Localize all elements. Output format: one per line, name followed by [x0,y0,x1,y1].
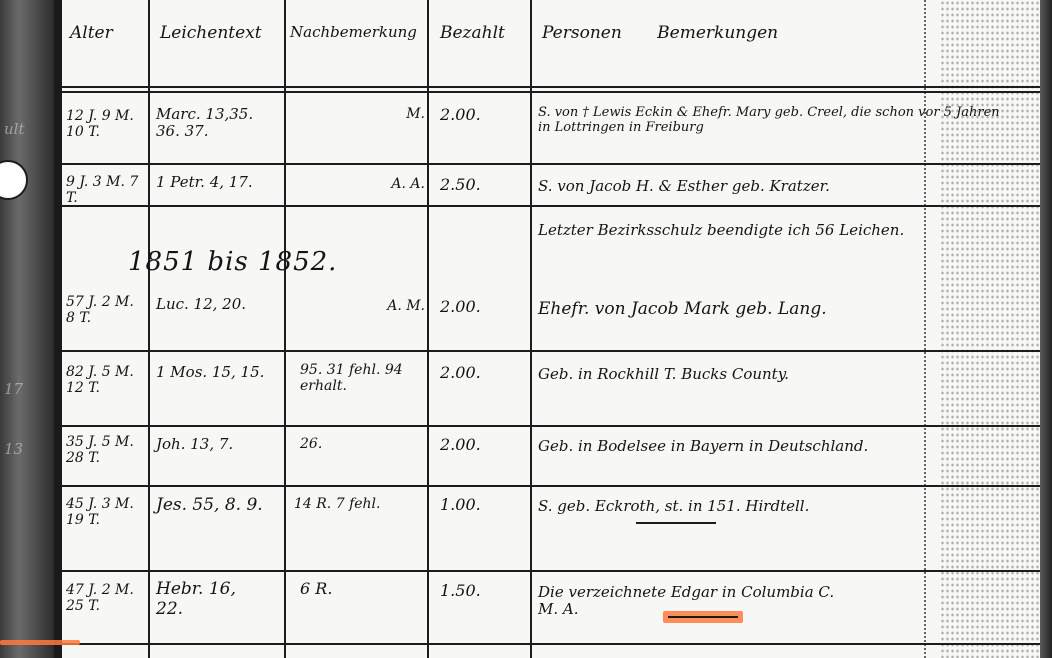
header-grave: Nachbemerkung [290,24,417,41]
header-text: Leichentext [160,24,262,44]
row-rule [62,205,1040,207]
orange-margin-mark [0,640,80,645]
row-grave: 26. [300,436,435,452]
row-grave: 14 R. 7 fehl. [294,496,429,512]
row-text: Luc. 12, 20. [156,296,246,313]
row-rule [62,425,1040,427]
row-age: 35 J. 5 M. 28 T. [66,434,146,466]
row-remarks: Ehefr. von Jacob Mark geb. Lang. [538,300,1008,320]
row-remarks: Geb. in Rockhill T. Bucks County. [538,366,1008,383]
row-paid: 2.50. [440,176,481,194]
row-age: 47 J. 2 M. 25 T. [66,582,146,614]
column-rule [284,0,286,658]
photocopy-noise [940,0,1040,658]
row-paid: 2.00. [440,298,481,316]
spine-rule [54,0,62,658]
row-grave: 6 R. [300,580,435,598]
underline-eckroth [636,522,716,524]
page-edge-shadow [1040,0,1052,658]
row-rule [62,163,1040,165]
row-grave: 95. 31 fehl. 94 erhalt. [300,362,435,394]
column-rule-faint [924,0,926,658]
row-age: 9 J. 3 M. 7 T. [66,174,146,206]
year-span: 1851 bis 1852. [128,248,337,278]
binding-scribble: 17 [4,380,23,398]
row-remarks: Geb. in Bodelsee in Bayern in Deutschlan… [538,438,1008,455]
column-rule [148,0,150,658]
row-paid: 2.00. [440,106,481,124]
row-paid: 1.00. [440,496,481,514]
binding-scribble: 13 [4,440,23,458]
book-binding: ult 17 13 [0,0,54,658]
binding-scribble: ult [4,120,25,138]
row-rule [62,350,1040,352]
row-text: Hebr. 16, 22. [156,580,266,619]
row-paid: 1.50. [440,582,481,600]
row-text: 1 Petr. 4, 17. [156,174,253,191]
row-text: Marc. 13,35. 36. 37. [156,106,276,141]
row-remarks: S. von † Lewis Eckin & Ehefr. Mary geb. … [538,106,1008,136]
header-age: Alter [70,24,113,44]
row-paid: 2.00. [440,364,481,382]
row-age: 57 J. 2 M. 8 T. [66,294,146,326]
header-rule [62,86,1040,88]
row-rule [62,485,1040,487]
row-text: Joh. 13, 7. [156,436,233,453]
row-text: 1 Mos. 15, 15. [156,364,264,381]
row-age: 82 J. 5 M. 12 T. [66,364,146,396]
row-grave: M. [290,106,425,122]
row-age: 12 J. 9 M. 10 T. [66,108,146,140]
row-text: Jes. 55, 8. 9. [156,496,263,516]
header-remarks: Personen Bemerkungen [542,24,778,44]
row-remarks: Letzter Bezirksschulz beendigte ich 56 L… [538,222,1008,239]
underline-edgar [668,616,738,618]
row-age: 45 J. 3 M. 19 T. [66,496,146,528]
row-rule [62,643,1040,645]
row-grave: A. A. [290,176,425,192]
punch-hole [0,160,28,200]
row-rule [62,570,1040,572]
register-page: ult 17 13 Alter Leichentext Nachbemerkun… [0,0,1052,658]
column-rule [530,0,532,658]
column-rule [427,0,429,658]
row-grave: A. M. [290,298,425,314]
row-remarks: S. geb. Eckroth, st. in 151. Hirdtell. [538,498,1008,515]
header-paid: Bezahlt [440,24,505,44]
row-remarks: S. von Jacob H. & Esther geb. Kratzer. [538,178,1008,195]
row-paid: 2.00. [440,436,481,454]
